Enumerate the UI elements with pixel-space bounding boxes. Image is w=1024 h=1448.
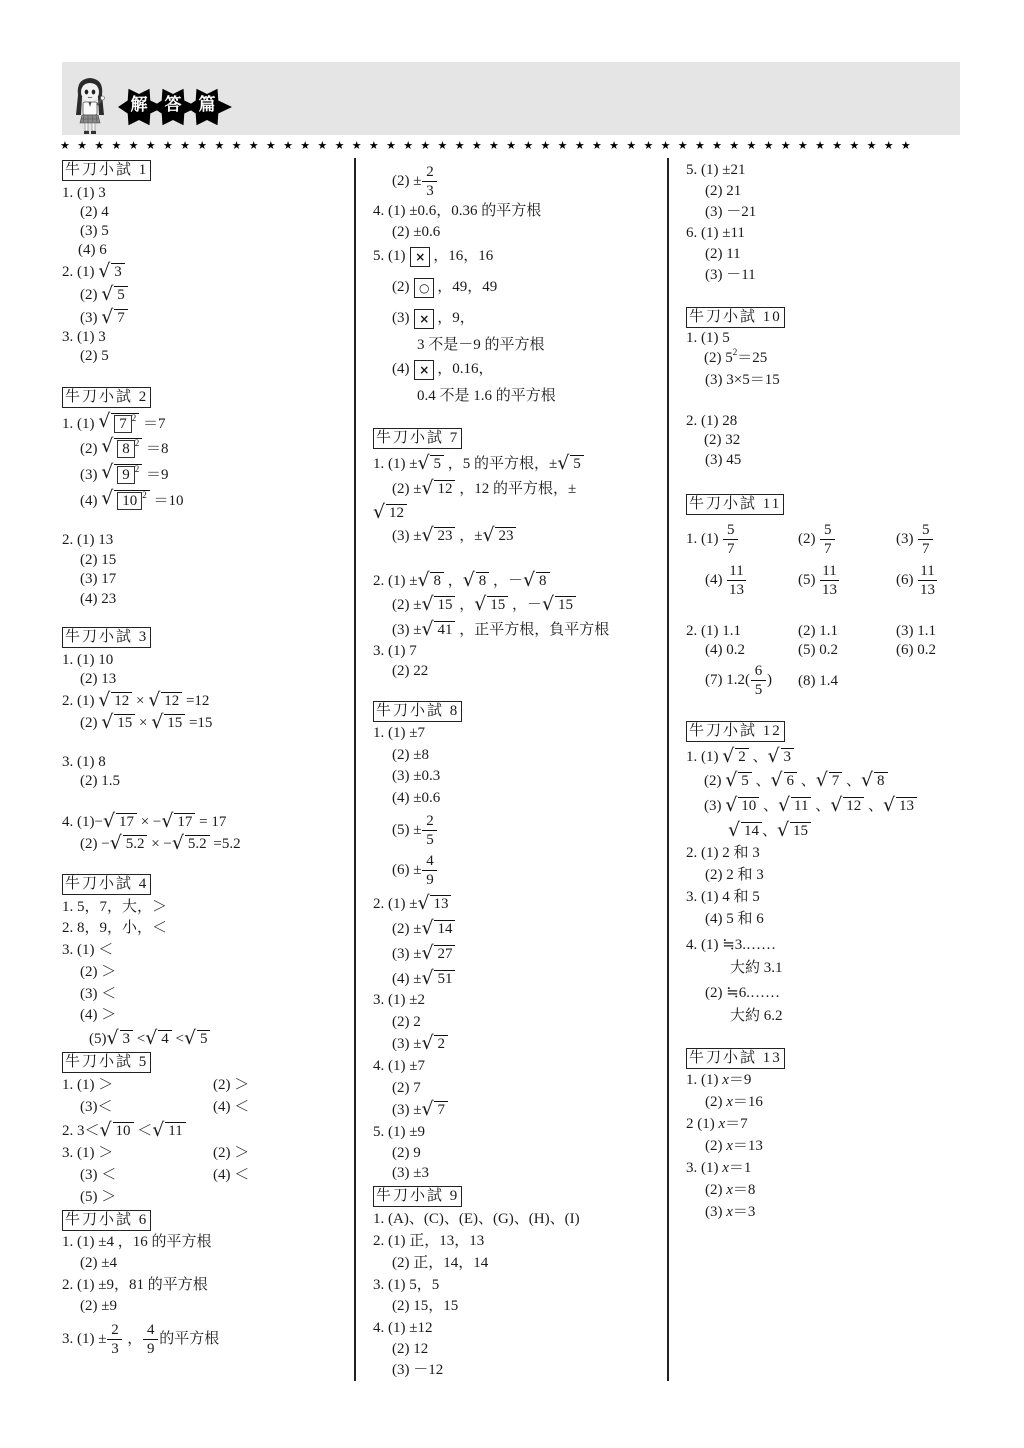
answer-text: ，－ [508,597,542,613]
answer-line: (5) 0.2 [798,640,838,660]
answer-line: (2) 15，15 [392,1296,458,1316]
answer-text: 1. (1) ± [373,456,417,472]
answer-text: 的平方根 [159,1331,219,1347]
fraction: 23 [107,1322,122,1357]
square-root: 15 [778,822,811,840]
quiz-title-box: 牛刀小試 7 [373,428,462,449]
fraction: 57 [918,522,933,557]
answer-line: 1. (1) ＞ [62,1075,113,1095]
answer-line: 14、15 [728,821,811,841]
answer-text: ＝9 [729,1072,752,1088]
answer-text: ，± [455,528,482,544]
answer-line: 2. (1) 13 [62,530,113,550]
square-root: 82 [102,438,142,459]
denominator: 13 [822,581,837,598]
answer-text: ＝8 [142,441,168,457]
answer-line: (2) ±0.6 [392,222,440,242]
answer-line: 4. (1) ±12 [373,1318,432,1338]
radicand: 72 [111,413,139,434]
answer-line: 2 (1) x＝7 [686,1114,748,1134]
radicand: 51 [434,970,455,987]
answer-line: (3) 5 [80,221,109,241]
answer-line: (6) ±49 [392,853,438,888]
square-root: 72 [99,413,139,434]
square-root: 8 [524,572,550,590]
variable: x [726,1204,733,1220]
fraction: 1113 [820,563,838,598]
answer-line: (2) x＝13 [705,1136,763,1156]
answer-line: (2) 22 [392,661,428,681]
variable: x [722,1160,729,1176]
answer-text: (3) ± [392,946,421,962]
square-root: 15 [152,714,185,732]
answer-text: ＝7 [725,1116,748,1132]
square-root: 8 [862,772,888,790]
answer-text: (2) ± [392,921,421,937]
answer-text: ＝10 [150,493,184,509]
answer-line: (3) 7 [80,308,128,328]
answer-text: (4) [392,361,413,377]
answer-text: (3) [896,531,917,547]
answer-line: 2. (1) ±13 [373,894,451,914]
answer-line: (2) 52＝25 [704,348,767,368]
answer-text: ，正平方根，負平方根 [455,622,609,638]
square-root: 5 [558,455,584,473]
square-root: 5 [726,772,752,790]
answer-text: ＜ [134,1123,153,1139]
answer-line: 3. (1) ±23 ，49的平方根 [62,1322,219,1357]
radicand: 17 [174,813,195,830]
answer-line: 2. (1) 2 和 3 [686,843,760,863]
answer-line: (3) －21 [705,202,756,222]
square-root: 15 [102,714,135,732]
answer-line: 2. (1) 12 × 12 =12 [62,691,209,711]
answer-line: (3) －12 [392,1360,443,1380]
fraction: 57 [820,522,835,557]
radicand: 102 [114,490,150,511]
title-char-3: 篇 [197,95,217,115]
answer-line: (6) 1113 [896,563,938,598]
answer-text: ＝3 [733,1204,756,1220]
answer-text: =15 [185,715,212,731]
denominator: 3 [111,1340,119,1357]
answer-text: × − [147,836,171,852]
square-root: 27 [422,945,455,963]
answer-text: (5) [89,1031,107,1047]
column-divider [667,158,669,1381]
answer-line: (2) 32 [704,430,740,450]
answer-line: 3. (1) 3 [62,327,106,347]
answer-text: (6) [896,572,917,588]
answer-line: 1. (1) ±7 [373,723,425,743]
answer-line: (2) 5 、6 、7 、8 [704,771,888,791]
square-root: 6 [772,772,798,790]
numerator: 2 [422,164,437,182]
answer-line: 0.4 不是 1.6 的平方根 [417,386,556,406]
answer-line: 3. (1) 4 和 5 [686,887,760,907]
answer-line: 3. (1) ＞ [62,1143,113,1163]
answer-text: 2. (1) ± [373,896,417,912]
circle-mark-box: ○ [414,278,434,298]
answer-text: × [135,715,151,731]
answer-line: (4) ×，0.16， [392,359,494,380]
answer-line: (2) 2 和 3 [705,865,764,885]
denominator: 13 [729,581,744,598]
answer-line: (6) 0.2 [896,640,936,660]
radicand: 12 [386,504,407,521]
answer-line: (4) 102 ＝10 [80,490,184,511]
answer-line: (2) ○，49，49 [392,277,497,298]
answer-line: (4) 5 和 6 [705,909,764,929]
square-root: 7 [102,309,128,327]
answer-text: ， [123,1331,142,1347]
answer-line: 3 不是－9 的平方根 [417,335,545,355]
answer-line: 3. (1) 8 [62,752,106,772]
exponent: 2 [142,490,147,500]
answer-line: 3. (1) 7 [373,641,417,661]
fraction: 57 [723,522,738,557]
radicand: 27 [434,945,455,962]
radicand: 5 [197,1030,211,1047]
square-root: 51 [422,970,455,988]
answer-text: (2) [392,279,413,295]
square-root: 15 [543,596,576,614]
square-root: 11 [153,1122,185,1140]
answer-line: 4. (1) ±7 [373,1056,425,1076]
denominator: 5 [755,681,763,698]
answer-text: ＝8 [733,1182,756,1198]
title-char-2: 答 [163,95,183,115]
answer-text: × [132,693,148,709]
radicand: 17 [116,813,137,830]
answer-line: 2. (1) 28 [686,411,737,431]
answer-box: 7 [114,415,132,433]
numerator: 4 [422,853,437,871]
answer-line: (2) 1.5 [80,771,120,791]
radicand: 4 [158,1030,172,1047]
answer-text: (3) ± [392,528,421,544]
answer-line: (3) 10 、11 、12 、13 [704,796,917,816]
answer-text: 5. (1) [373,248,409,264]
square-root: 12 [149,692,182,710]
answer-line: (4) ＜ [213,1097,249,1117]
answer-line: (2) ±14 [392,919,455,939]
answer-text: ，16，16 [433,248,493,264]
answer-line: (2) 21 [705,181,741,201]
answer-text: 、 [842,773,861,789]
answer-line: (2) 1.1 [798,621,838,641]
answer-line: 3. (1) ＜ [62,940,113,960]
answer-line: (3) ＜ [80,1165,116,1185]
answer-text: ＝25 [737,350,767,366]
answer-line: 1. (1) ±4 ，16 的平方根 [62,1232,211,1252]
cross-mark-box: × [410,247,430,267]
answer-line: (2) 9 [392,1143,421,1163]
numerator: 11 [727,563,745,581]
answer-text: 3. (1) ± [62,1331,106,1347]
square-root: 5.2 [111,835,148,853]
cross-mark-box: × [414,309,434,329]
answer-line: (2) 11 [705,244,741,264]
radicand: 14 [434,920,455,937]
answer-text: (2) [80,715,101,731]
answer-line: (3)＜ [80,1097,113,1117]
cross-mark-box: × [414,360,434,380]
square-root: 4 [146,1030,172,1048]
fraction: 1113 [918,563,936,598]
answer-line: (5) ±25 [392,813,438,848]
radicand: 7 [434,1101,448,1118]
radicand: 23 [495,527,516,544]
radicand: 14 [741,822,762,839]
answer-box: 9 [117,466,135,484]
radicand: 5 [114,286,128,303]
square-root: 13 [884,797,917,815]
answer-line: 3. (1) ±2 [373,990,425,1010]
answer-line: (2) 5 [80,285,128,305]
girl-mascot-icon [71,75,109,135]
quiz-title-box: 牛刀小試 5 [62,1052,151,1073]
answer-text: (3) [704,798,725,814]
answer-line: 1. (A)、(C)、(E)、(G)、(H)、(I) [373,1209,580,1229]
answer-text: 、 [797,773,816,789]
square-root: 5 [185,1030,211,1048]
square-root: 11 [779,797,811,815]
answer-line: (2) x＝16 [705,1092,763,1112]
answer-line: (3) －11 [705,265,756,285]
answer-line: (3) ±3 [392,1163,429,1183]
square-root: 23 [422,527,455,545]
answer-line: (4) 0.2 [705,640,745,660]
answer-text: (4) [80,493,101,509]
radicand: 3 [120,1030,134,1047]
answer-text: =5.2 [210,836,241,852]
answer-line: (3) ＜ [80,984,116,1004]
answer-text: ＝7 [139,416,165,432]
answer-line: (4) 1113 [705,563,747,598]
answer-text: 、 [864,798,883,814]
fraction: 1113 [727,563,745,598]
square-root: 7 [422,1101,448,1119]
answer-line: (7) 1.2(65) [705,663,772,698]
answer-text: (2) [705,1182,726,1198]
radicand: 15 [114,714,135,731]
answer-text: (6) ± [392,862,421,878]
radicand: 5.2 [185,835,210,852]
radicand: 92 [114,464,142,485]
radicand: 23 [434,527,455,544]
answer-text: (3) [392,310,413,326]
answer-line: (2) 15 × 15 =15 [80,713,212,733]
radicand: 15 [164,714,185,731]
answer-text: (3) ± [392,1102,421,1118]
answer-text: 2. 3＜ [62,1123,100,1139]
answer-text: 、 [752,773,771,789]
answer-line: (2) ±4 [80,1253,117,1273]
answer-text: ＝16 [733,1094,763,1110]
answer-text: 1. (1) [686,531,722,547]
quiz-title-box: 牛刀小試 9 [373,1186,462,1207]
answer-text: (2) 5 [704,350,733,366]
answer-line: 6. (1) ±11 [686,223,745,243]
answer-text: 1. (1) [686,749,722,765]
square-root: 2 [723,748,749,766]
radicand: 5 [738,772,752,789]
answer-line: 2. (1) 3 [62,262,125,282]
numerator: 6 [751,663,766,681]
variable: x [726,1138,733,1154]
answer-line: (2) −5.2 × −5.2 =5.2 [80,834,241,854]
answer-line: (8) 1.4 [798,671,838,691]
square-root: 3 [99,263,125,281]
answer-text: (5) ± [392,822,421,838]
quiz-title-box: 牛刀小試 10 [686,307,785,328]
answer-text: ，5 的平方根，± [444,456,557,472]
answer-line: (2) ＞ [80,962,116,982]
answer-text: ， [455,597,474,613]
radicand: 12 [843,797,864,814]
fraction: 49 [422,853,437,888]
answer-box: 10 [117,492,142,510]
radicand: 8 [476,572,490,589]
answer-line: (3) 17 [80,569,116,589]
answer-line: (4) ±51 [392,969,455,989]
answer-line: (3) ±7 [392,1100,448,1120]
answer-line: 1. (1) 72 ＝7 [62,413,166,434]
fraction: 25 [422,813,437,848]
answer-line: (2) ±8 [392,745,429,765]
answer-text: = 17 [195,814,226,830]
radicand: 12 [434,480,455,497]
answer-line: (4) ±0.6 [392,788,440,808]
answer-line: (3) x＝3 [705,1202,755,1222]
denominator: 7 [727,540,735,557]
numerator: 5 [820,522,835,540]
numerator: 5 [918,522,933,540]
radicand: 2 [735,748,749,765]
answer-text: (3) ± [392,1036,421,1052]
answer-text: ＝13 [733,1138,763,1154]
answer-line: (2) 5 [80,346,109,366]
answer-text: (2) [80,441,101,457]
radicand: 12 [111,692,132,709]
answer-text: (3) [705,1204,726,1220]
radicand: 15 [555,596,576,613]
square-root: 102 [102,490,150,511]
numerator: 11 [918,563,936,581]
denominator: 7 [922,540,930,557]
star-divider: ★★★★★★★★★★★★★★★★★★★★★★★★★★★★★★★★★★★★★★★★… [60,139,970,153]
answer-text: 、 [811,798,830,814]
denominator: 3 [426,182,434,199]
answer-line: (5) 1113 [798,563,840,598]
denominator: 5 [426,831,434,848]
radicand: 5.2 [123,835,148,852]
answer-line: 2. 3＜10 ＜11 [62,1121,186,1141]
answer-line: 1. (1) ±5 ，5 的平方根，±5 [373,454,584,474]
square-root: 3 [108,1030,134,1048]
answer-line: (3) 57 [896,522,934,557]
answer-text: (4) [705,572,726,588]
answer-text: 2. (1) [62,264,98,280]
radicand: 3 [111,263,125,280]
square-root: 41 [422,621,455,639]
answer-text: < [172,1031,184,1047]
square-root: 14 [422,920,455,938]
answer-line: (3) 45 [705,450,741,470]
radicand: 7 [114,309,128,326]
answer-line: 4. (1)−17 × −17 = 17 [62,812,226,832]
radicand: 11 [791,797,811,814]
answer-line: (2) 正，14，14 [392,1253,488,1273]
answer-text: ，49，49 [437,279,497,295]
answer-text: 、 [762,823,777,839]
answer-text: ) [767,672,772,688]
answer-line: (3) ±27 [392,944,455,964]
answer-line: 2. (1) 正，13，13 [373,1231,484,1251]
answer-line: (3) ±2 [392,1034,448,1054]
quiz-title-box: 牛刀小試 6 [62,1210,151,1231]
numerator: 2 [107,1322,122,1340]
answer-line: 1. (1) 57 [686,522,739,557]
answer-text: 1. (1) [62,416,98,432]
answer-key-page: 解 答 篇 ★★★★★★★★★★★★★★★★★★★★★★★★★★★★★★★★★★… [0,0,1024,1448]
answer-line: 1. (1) 5 [686,328,730,348]
answer-text: (2) ± [392,481,421,497]
radicand: 13 [896,797,917,814]
answer-line: (2) 82 ＝8 [80,438,169,459]
answer-line: (2) ≒6.…… [705,983,780,1003]
answer-line: (2) 57 [798,522,836,557]
exponent: 2 [135,464,140,474]
answer-line: (2) ＞ [213,1143,249,1163]
denominator: 9 [147,1340,155,1357]
numerator: 11 [820,563,838,581]
answer-line: (2) ±9 [80,1296,117,1316]
answer-box: 8 [117,440,135,458]
radicand: 8 [536,572,550,589]
answer-line: 2. 8，9，小，＜ [62,918,167,938]
denominator: 7 [824,540,832,557]
square-root: 10 [101,1122,134,1140]
answer-text: 2. (1) ± [373,573,417,589]
answer-text: 、 [759,798,778,814]
fraction: 49 [143,1322,158,1357]
answer-line: 1. (1) 2 、3 [686,747,794,767]
quiz-title-box: 牛刀小試 2 [62,387,151,408]
square-root: 12 [374,504,407,522]
square-root: 15 [475,596,508,614]
quiz-title-box: 牛刀小試 11 [686,494,784,515]
radicand: 5 [430,455,444,472]
radicand: 15 [434,596,455,613]
square-root: 12 [99,692,132,710]
answer-text: (2) ± [392,173,421,189]
answer-text: (2) ± [392,597,421,613]
answer-text: ＝9 [142,467,168,483]
answer-line: (2) 12 [392,1339,428,1359]
answer-text: (2) [80,287,101,303]
radicand: 15 [487,596,508,613]
square-root: 8 [418,572,444,590]
answer-line: (4) 23 [80,589,116,609]
square-root: 14 [729,822,762,840]
answer-line: 5. (1) ×，16，16 [373,246,493,267]
radicand: 2 [434,1035,448,1052]
answer-line: (5)3 <4 <5 [89,1029,210,1049]
answer-line: 大約 3.1 [730,958,783,978]
answer-text: ，0.16， [437,361,493,377]
